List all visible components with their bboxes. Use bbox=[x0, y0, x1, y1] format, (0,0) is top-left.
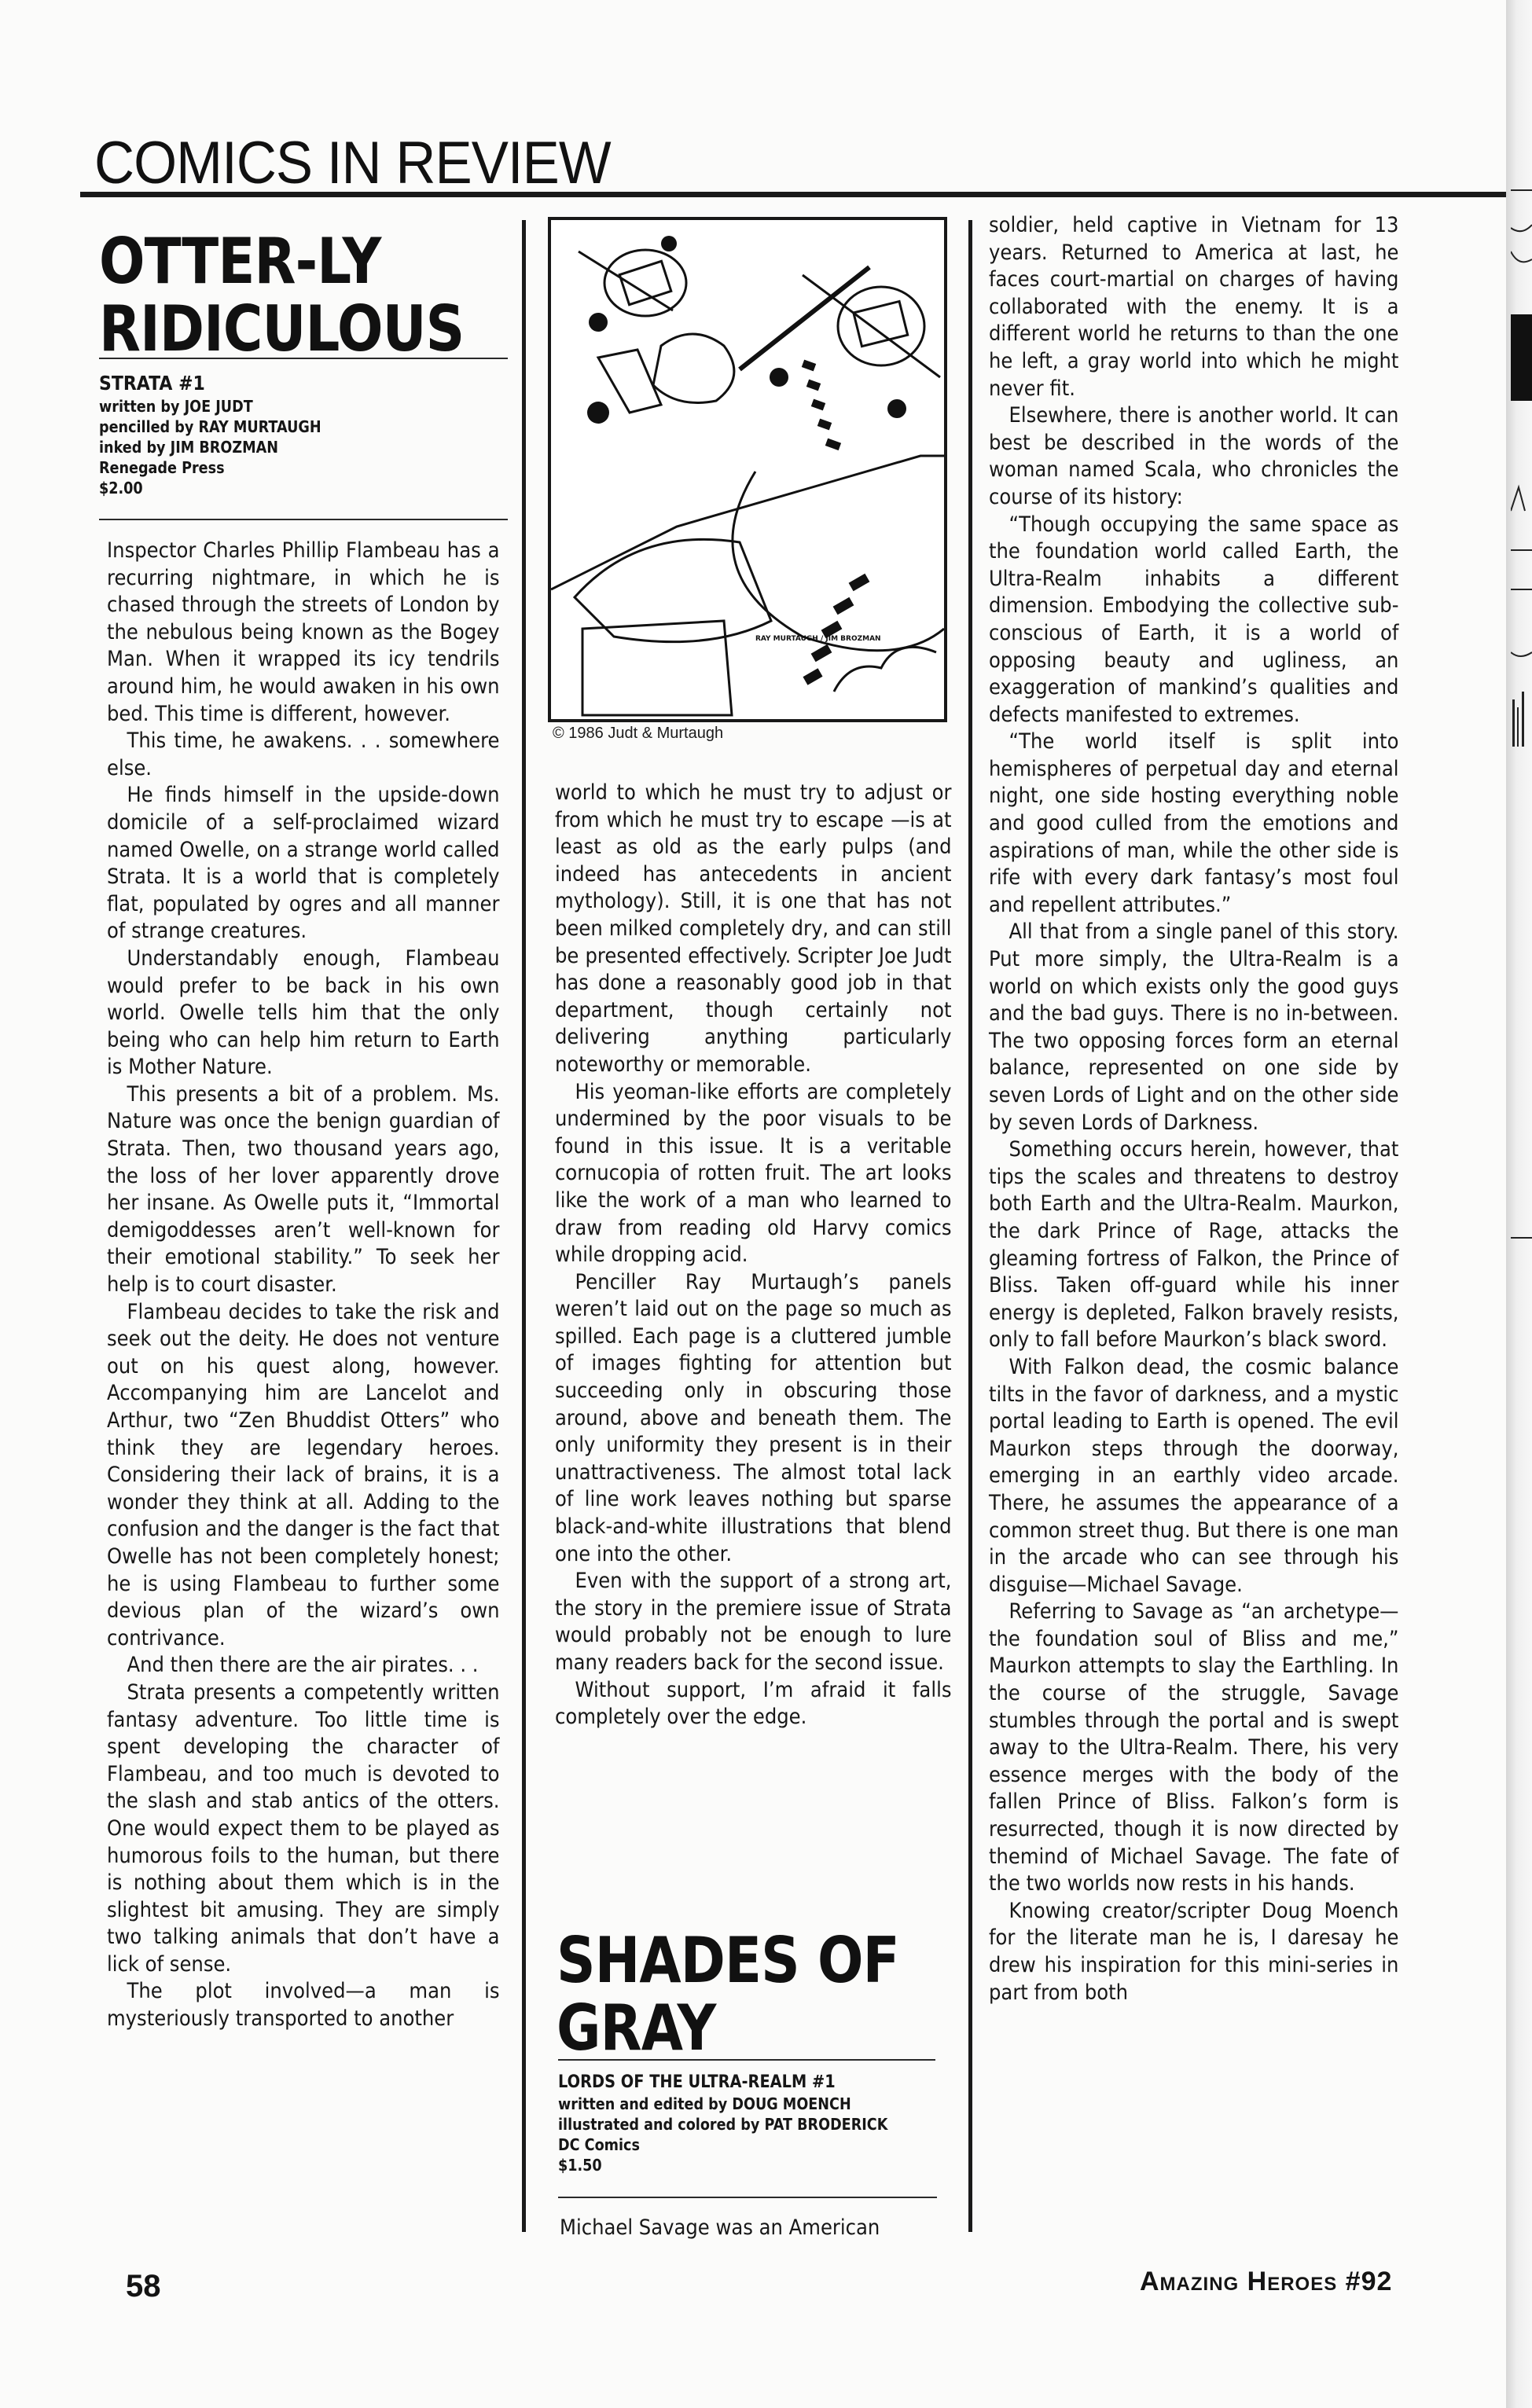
review1-paragraph: Without support, I’m afraid it falls com… bbox=[555, 1677, 951, 1731]
review1-headline: OTTER-LY RIDICULOUS bbox=[99, 228, 464, 363]
review1-paragraph: Inspector Charles Phillip Flambeau has a… bbox=[107, 538, 500, 728]
review1-paragraph: Even with the support of a strong art, t… bbox=[555, 1568, 951, 1676]
review1-paragraph: His yeoman-like efforts are completely u… bbox=[555, 1079, 951, 1269]
comic-panel-art-icon: RAY MURTAUGH / JIM BROZMAN bbox=[551, 220, 944, 719]
review1-inker-credit: inked by JIM BROZMAN bbox=[99, 437, 321, 457]
review1-body-col1: Inspector Charles Phillip Flambeau has a… bbox=[107, 538, 500, 2033]
review1-paragraph: Understandably enough, Flambeau would pr… bbox=[107, 945, 500, 1081]
section-rule bbox=[80, 192, 1532, 197]
review1-paragraph: This presents a bit of a problem. Ms. Na… bbox=[107, 1081, 500, 1299]
review2-artist-credit: illustrated and colored by PAT BRODERICK bbox=[558, 2114, 887, 2135]
review2-body-col3: soldier, held captive in Vietnam for 13 … bbox=[989, 212, 1399, 2006]
magazine-name: Amazing Heroes #92 bbox=[1140, 2267, 1392, 2297]
review2-publisher: DC Comics bbox=[558, 2135, 887, 2155]
review1-price: $2.00 bbox=[99, 478, 321, 498]
review2-paragraph: “Though occupying the same space as the … bbox=[989, 512, 1398, 729]
review2-headline-line1: SHADES OF bbox=[557, 1927, 899, 1995]
illustration-caption: © 1986 Judt & Murtaugh bbox=[553, 725, 723, 743]
adjacent-comic-art-icon bbox=[1511, 181, 1532, 1281]
review2-comic-title: LORDS OF THE ULTRA-REALM #1 bbox=[558, 2072, 887, 2094]
review2-headline-line2: GRAY bbox=[557, 1995, 899, 2062]
review1-paragraph: The plot involved—a man is mysteriously … bbox=[107, 1978, 500, 2032]
review2-price: $1.50 bbox=[558, 2155, 887, 2175]
review2-paragraph: With Falkon dead, the cosmic balance til… bbox=[989, 1354, 1398, 1599]
review1-paragraph: Penciller Ray Murtaugh’s panels weren’t … bbox=[555, 1269, 951, 1569]
review1-headline-line2: RIDICULOUS bbox=[99, 295, 464, 363]
review2-paragraph: Michael Savage was an American bbox=[560, 2215, 953, 2242]
review1-headline-rule bbox=[99, 358, 508, 359]
review1-paragraph: Flambeau decides to take the risk and se… bbox=[107, 1299, 500, 1653]
review1-paragraph: And then there are the air pirates. . . bbox=[107, 1652, 500, 1679]
review1-headline-line1: OTTER-LY bbox=[99, 228, 464, 295]
review1-body-col2: world to which he must try to adjust or … bbox=[555, 780, 952, 1731]
review1-writer-credit: written by JOE JUDT bbox=[99, 396, 321, 417]
review2-paragraph: All that from a single panel of this sto… bbox=[989, 919, 1398, 1136]
illustration-signature: RAY MURTAUGH / JIM BROZMAN bbox=[755, 635, 881, 643]
review2-writer-credit: written and edited by DOUG MOENCH bbox=[558, 2094, 887, 2114]
review2-credits: LORDS OF THE ULTRA-REALM #1 written and … bbox=[558, 2072, 887, 2175]
review1-penciller-credit: pencilled by RAY MURTAUGH bbox=[99, 417, 321, 437]
adjacent-page-art bbox=[1511, 181, 1532, 1281]
column-rule-right bbox=[968, 220, 972, 2232]
review1-paragraph: This time, he awakens. . . somewhere els… bbox=[107, 728, 500, 782]
review2-paragraph: Elsewhere, there is another world. It ca… bbox=[989, 402, 1398, 511]
column-rule-left bbox=[522, 220, 526, 2232]
review2-credits-rule bbox=[558, 2197, 937, 2198]
review2-paragraph: Referring to Savage as “an archetype—the… bbox=[989, 1599, 1398, 1898]
review2-headline: SHADES OF GRAY bbox=[557, 1927, 899, 2062]
review1-publisher: Renegade Press bbox=[99, 457, 321, 478]
comic-illustration: RAY MURTAUGH / JIM BROZMAN bbox=[548, 217, 947, 722]
review1-paragraph: world to which he must try to adjust or … bbox=[555, 780, 951, 1079]
page-number: 58 bbox=[126, 2269, 161, 2304]
review2-headline-rule bbox=[558, 2059, 935, 2061]
review1-comic-title: STRATA #1 bbox=[99, 371, 321, 396]
review2-paragraph: Knowing creator/scripter Doug Moench for… bbox=[989, 1898, 1398, 2006]
section-title: COMICS IN REVIEW bbox=[94, 132, 611, 195]
review2-opening: Michael Savage was an American bbox=[560, 2215, 953, 2242]
review1-credits: STRATA #1 written by JOE JUDT pencilled … bbox=[99, 371, 321, 498]
review2-paragraph: “The world itself is split into hemisphe… bbox=[989, 729, 1398, 919]
review2-paragraph: soldier, held captive in Vietnam for 13 … bbox=[989, 212, 1398, 402]
review2-paragraph: Something occurs herein, however, that t… bbox=[989, 1136, 1398, 1354]
review1-paragraph: He finds himself in the upside-down domi… bbox=[107, 782, 500, 945]
review1-credits-rule bbox=[99, 519, 508, 520]
review1-paragraph: Strata presents a competently written fa… bbox=[107, 1679, 500, 1979]
